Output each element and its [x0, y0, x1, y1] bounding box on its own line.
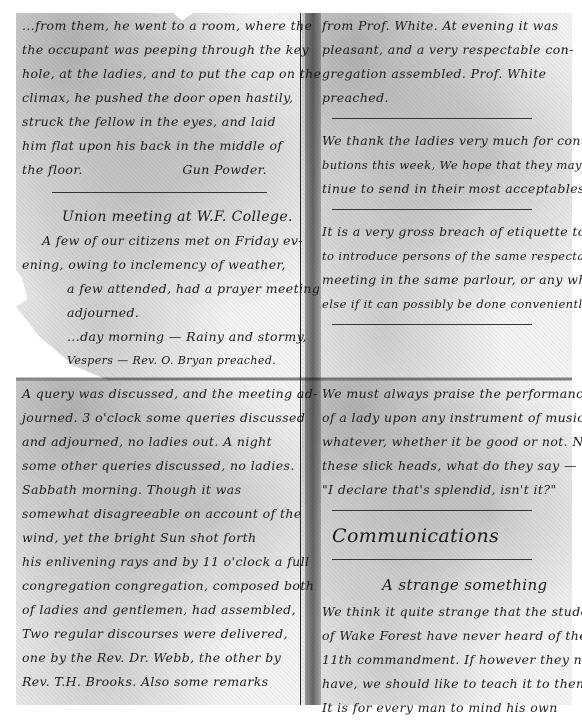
section-divider [52, 192, 267, 193]
horizontal-fold-line [16, 377, 572, 381]
vertical-fold-shadow [305, 13, 321, 705]
text-line: his enlivening rays and by 11 o'clock a … [22, 550, 297, 574]
text-line: journed. 3 o'clock some queries discusse… [22, 406, 297, 430]
text-line: from Prof. White. At evening it was [322, 14, 572, 38]
text-line: these slick heads, what do they say — [322, 454, 572, 478]
text-line: congregation congregation, composed both [22, 574, 297, 598]
text-line: ...day morning — Rainy and stormy, [22, 325, 297, 349]
section-divider [332, 118, 532, 119]
text-line: preached. [322, 86, 572, 110]
section-divider [332, 559, 532, 560]
text-line: hole, at the ladies, and to put the cap … [22, 62, 297, 86]
text-line: adjourned. [22, 301, 297, 325]
communications-heading: Communications [322, 521, 572, 551]
text-line: wind, yet the bright Sun shot forth [22, 526, 297, 550]
article-title: A strange something [322, 570, 572, 600]
text-line: some other queries discussed, no ladies. [22, 454, 297, 478]
text-line: butions this week, We hope that they may… [322, 153, 572, 177]
text-line: and adjourned, no ladies out. A night [22, 430, 297, 454]
text-line: A query was discussed, and the meeting a… [22, 382, 297, 406]
text-line: Sabbath morning. Though it was [22, 478, 297, 502]
left-column-bottom: A query was discussed, and the meeting a… [22, 382, 297, 694]
right-column-top: from Prof. White. At evening it was plea… [322, 14, 572, 335]
text-line: Rev. T.H. Brooks. Also some remarks [22, 670, 297, 694]
text-line: Vespers — Rev. O. Bryan preached. [22, 349, 297, 373]
text-line: him flat upon his back in the middle of [22, 134, 297, 158]
text-line: pleasant, and a very respectable con- [322, 38, 572, 62]
text-line: It is a very gross breach of etiquette t… [322, 220, 572, 244]
text-line: ening, owing to inclemency of weather, [22, 253, 297, 277]
text-line: A few of our citizens met on Friday ev- [22, 229, 297, 253]
right-column-bottom: We must always praise the performance of… [322, 382, 572, 720]
text-line: of ladies and gentlemen, had assembled, [22, 598, 297, 622]
text-line: else if it can possibly be done convenie… [322, 292, 572, 316]
left-column-top: ...from them, he went to a room, where t… [22, 14, 297, 373]
text-line: We thank the ladies very much for contri… [322, 129, 572, 153]
text-line: somewhat disagreeable on account of the [22, 502, 297, 526]
section-divider [332, 324, 532, 325]
text-line: We must always praise the performance [322, 382, 572, 406]
text-line: We think it quite strange that the stude… [322, 600, 572, 624]
text-line: have, we should like to teach it to them [322, 672, 572, 696]
text-line: the occupant was peeping through the key [22, 38, 297, 62]
text-line: of a lady upon any instrument of music [322, 406, 572, 430]
text-line: It is for every man to mind his own [322, 696, 572, 720]
text-line: struck the fellow in the eyes, and laid [22, 110, 297, 134]
text-line: gregation assembled. Prof. White [322, 62, 572, 86]
vertical-fold-line [300, 13, 301, 705]
text-line: meeting in the same parlour, or any wher… [322, 268, 572, 292]
section-divider [332, 510, 532, 511]
section-divider [332, 209, 532, 210]
text-line: tinue to send in their most acceptables. [322, 177, 572, 201]
text-line: "I declare that's splendid, isn't it?" [322, 478, 572, 502]
text-line: Two regular discourses were delivered, [22, 622, 297, 646]
text-line: a few attended, had a prayer meeting [22, 277, 297, 301]
text-line: climax, he pushed the door open hastily, [22, 86, 297, 110]
text-line: of Wake Forest have never heard of the [322, 624, 572, 648]
text-line: whatever, whether it be good or not. Not… [322, 430, 572, 454]
text-line: one by the Rev. Dr. Webb, the other by [22, 646, 297, 670]
text-line: ...from them, he went to a room, where t… [22, 14, 297, 38]
section-heading: Union meeting at W.F. College. [22, 205, 297, 229]
text-line: to introduce persons of the same respect… [322, 244, 572, 268]
text-line: 11th commandment. If however they never [322, 648, 572, 672]
